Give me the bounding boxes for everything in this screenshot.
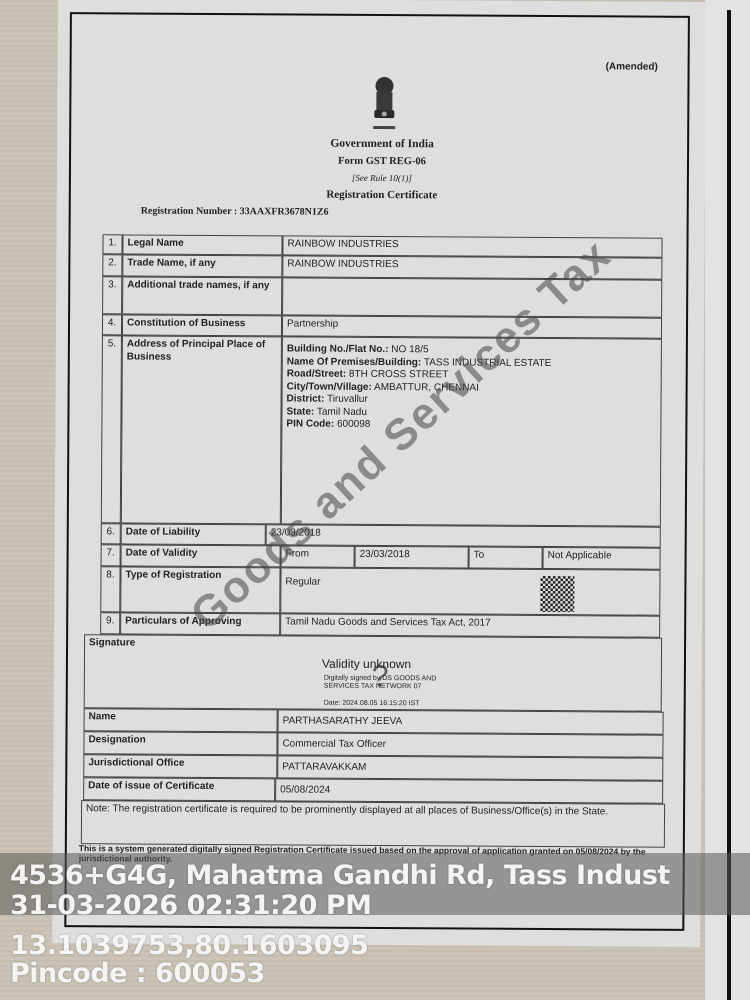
additional-trade-names-value	[282, 277, 662, 317]
row-label: Date of Liability	[121, 523, 266, 545]
row-label: Legal Name	[122, 234, 282, 255]
row-number: 5.	[101, 335, 122, 523]
rule-reference: [See Rule 10(1)]	[257, 172, 507, 184]
designation-value: Commercial Tax Officer	[277, 732, 663, 757]
gst-certificate: (Amended) Government of India Form GST R…	[52, 0, 706, 947]
geotag-address: 4536+G4G, Mahatma Gandhi Rd, Tass Indust	[10, 860, 670, 891]
signature-date: Date: 2024.08.05 16:15:20 IST	[324, 700, 420, 708]
row-label: Trade Name, if any	[122, 254, 282, 277]
row-number: 8.	[100, 566, 120, 612]
approving-act-value: Tamil Nadu Goods and Services Tax Act, 2…	[280, 613, 660, 637]
row-number: 1.	[102, 234, 122, 254]
row-number: 9.	[100, 612, 120, 634]
registration-number: Registration Number : 33AAXFR3678N1Z6	[141, 206, 329, 218]
officer-label: Date of issue of Certificate	[83, 777, 275, 801]
amended-label: (Amended)	[606, 61, 658, 72]
qr-code-icon	[540, 576, 574, 612]
row-label: Constitution of Business	[122, 314, 282, 336]
officer-label: Jurisdictional Office	[83, 754, 277, 778]
row-label: Address of Principal Place of Business	[121, 335, 282, 524]
validity-from-value: 23/03/2018	[355, 546, 469, 569]
officer-name-value: PARTHASARATHY JEEVA	[278, 709, 664, 734]
address-line: PIN Code: 600098	[286, 418, 656, 433]
row-number: 4.	[102, 314, 122, 335]
display-note: Note: The registration certificate is re…	[81, 800, 665, 848]
signature-validity: Validity unknown	[322, 657, 411, 672]
validity-to-value: Not Applicable	[543, 547, 661, 570]
certificate-title: Registration Certificate	[257, 188, 507, 202]
geotag-coordinates: 13.1039753,80.1603095	[10, 930, 368, 961]
row-number: 3.	[102, 276, 122, 314]
geotag-datetime: 31-03-2026 02:31:20 PM	[10, 890, 371, 921]
national-emblem-icon	[367, 74, 401, 132]
jurisdictional-office-value: PATTARAVAKKAM	[277, 755, 663, 780]
form-number: Form GST REG-06	[257, 155, 507, 168]
validity-to-label: To	[469, 547, 543, 569]
government-heading: Government of India	[257, 137, 507, 151]
officer-label: Designation	[83, 731, 277, 755]
row-number: 7.	[101, 544, 121, 566]
signature-signed-by: Digitally signed by DS GOODS AND SERVICE…	[324, 675, 444, 692]
date-of-issue-value: 05/08/2024	[275, 778, 663, 803]
officer-label: Name	[84, 708, 278, 732]
second-document-edge	[705, 0, 750, 1000]
geotag-pincode: Pincode : 600053	[10, 958, 265, 989]
row-number: 2.	[102, 254, 122, 276]
row-number: 6.	[101, 523, 121, 544]
row-label: Additional trade names, if any	[122, 276, 282, 315]
type-of-registration-value: Regular	[280, 567, 660, 615]
